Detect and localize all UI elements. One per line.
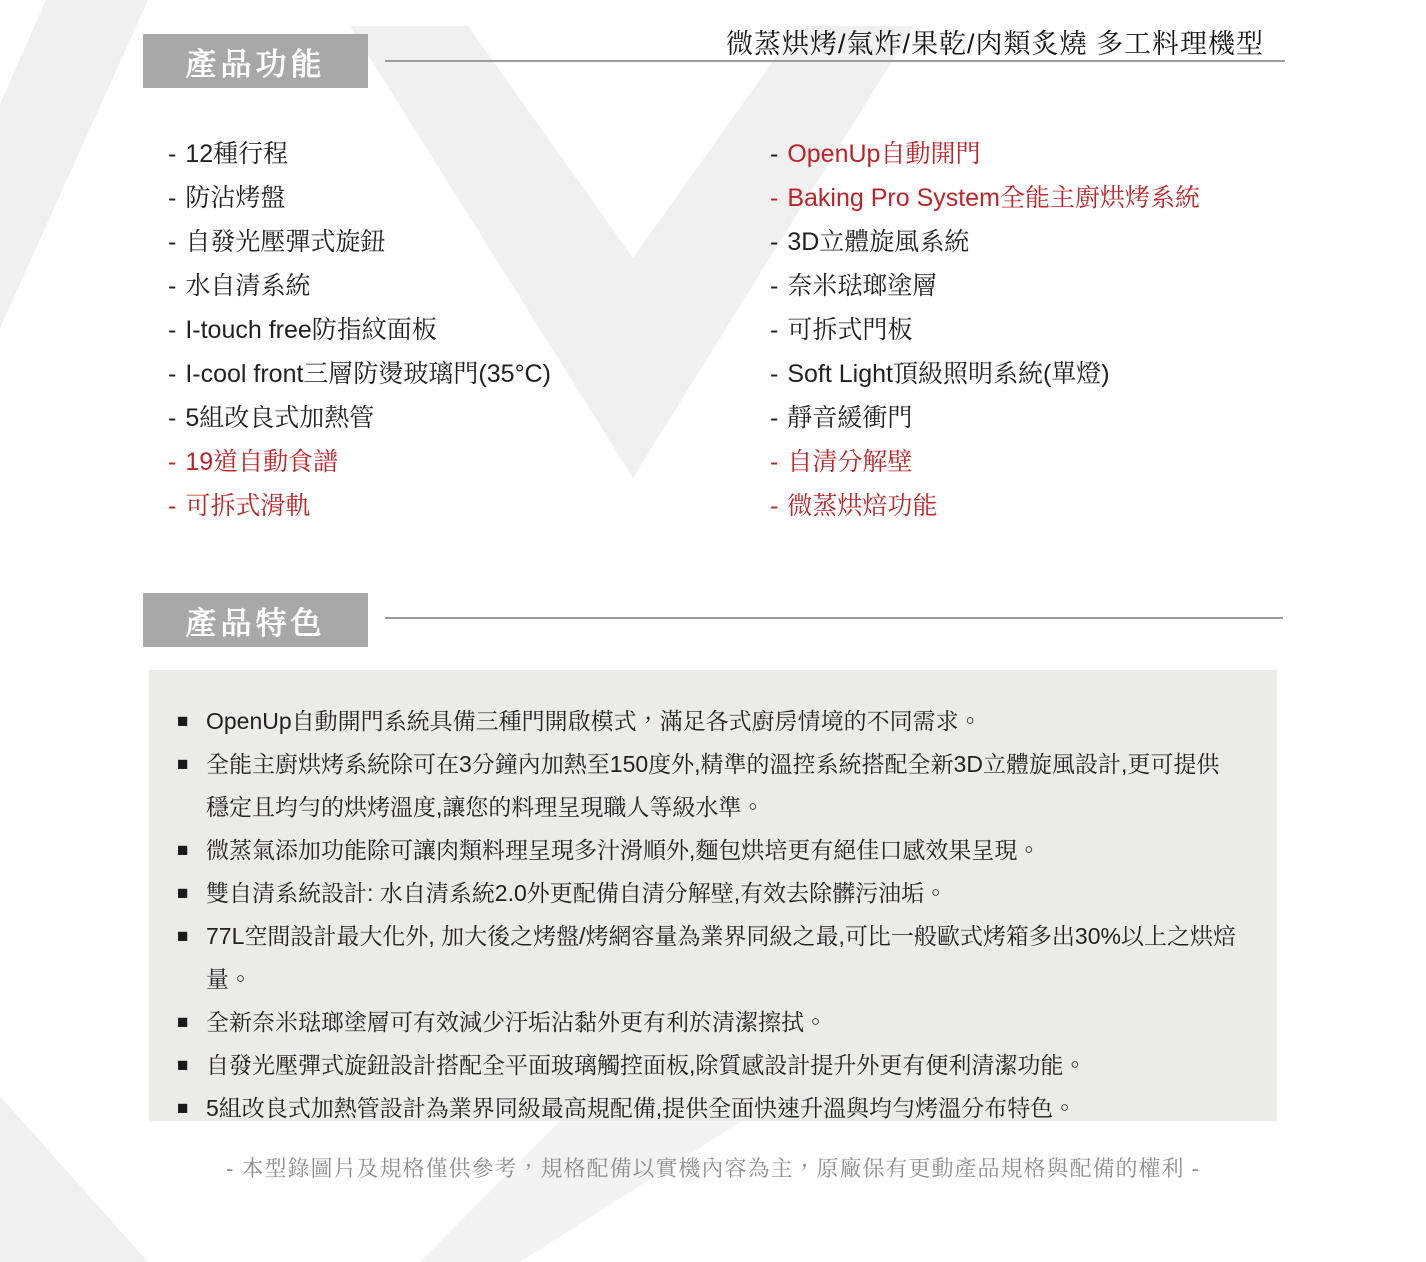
function-item: -5組改良式加熱管 xyxy=(168,396,551,440)
feature-list: ■OpenUp自動開門系統具備三種門開啟模式，滿足各式廚房情境的不同需求。 ■全… xyxy=(177,700,1237,1130)
feature-text: 自發光壓彈式旋鈕設計搭配全平面玻璃觸控面板,除質感設計提升外更有便利清潔功能。 xyxy=(206,1052,1086,1078)
feature-item: ■77L空間設計最大化外, 加大後之烤盤/烤網容量為業界同級之最,可比一般歐式烤… xyxy=(177,915,1237,1001)
function-label: 水自清系統 xyxy=(185,272,310,300)
section-title-product-features: 產品特色 xyxy=(143,593,368,647)
dash-mark: - xyxy=(168,440,176,484)
function-item: -可拆式門板 xyxy=(770,308,1200,352)
dash-mark: - xyxy=(168,264,176,308)
disclaimer-note: - 本型錄圖片及規格僅供參考，規格配備以實機內容為主，原廠保有更動產品規格與配備… xyxy=(0,1152,1426,1183)
feature-item: ■全能主廚烘烤系統除可在3分鐘內加熱至150度外,精準的溫控系統搭配全新3D立體… xyxy=(177,743,1237,829)
function-item: -Soft Light頂級照明系統(單燈) xyxy=(770,352,1200,396)
function-label: Soft Light頂級照明系統(單燈) xyxy=(787,360,1109,388)
dash-mark: - xyxy=(770,264,778,308)
feature-item: ■微蒸氣添加功能除可讓肉類料理呈現多汁滑順外,麵包烘培更有絕佳口感效果呈現。 xyxy=(177,829,1237,872)
feature-text: 5組改良式加熱管設計為業界同級最高規配備,提供全面快速升溫與均勻烤溫分布特色。 xyxy=(206,1095,1076,1121)
content-layer: 微蒸烘烤/氣炸/果乾/肉類炙燒 多工料理機型 產品功能 -12種行程 -防沾烤盤… xyxy=(0,0,1426,1262)
function-item: -靜音緩衝門 xyxy=(770,396,1200,440)
function-label: 可拆式滑軌 xyxy=(185,492,310,520)
function-label: 可拆式門板 xyxy=(787,316,912,344)
feature-text: 全能主廚烘烤系統除可在3分鐘內加熱至150度外,精準的溫控系統搭配全新3D立體旋… xyxy=(206,751,1219,820)
square-bullet-icon: ■ xyxy=(177,700,188,743)
function-item: -水自清系統 xyxy=(168,264,551,308)
model-type-tagline: 微蒸烘烤/氣炸/果乾/肉類炙燒 多工料理機型 xyxy=(726,22,1264,61)
dash-mark: - xyxy=(168,396,176,440)
dash-mark: - xyxy=(168,132,176,176)
dash-mark: - xyxy=(770,440,778,484)
function-item: -自發光壓彈式旋鈕 xyxy=(168,220,551,264)
dash-mark: - xyxy=(770,308,778,352)
feature-item: ■雙自清系統設計: 水自清系統2.0外更配備自清分解壁,有效去除髒污油垢。 xyxy=(177,872,1237,915)
dash-mark: - xyxy=(770,176,778,220)
function-label: 3D立體旋風系統 xyxy=(787,228,969,256)
function-label: I-touch free防指紋面板 xyxy=(185,316,436,344)
function-label: OpenUp自動開門 xyxy=(787,140,980,168)
feature-text: 全新奈米琺瑯塗層可有效減少汙垢沾黏外更有利於清潔擦拭。 xyxy=(206,1009,827,1035)
function-label: 防沾烤盤 xyxy=(185,184,285,212)
dash-mark: - xyxy=(770,220,778,264)
dash-mark: - xyxy=(168,308,176,352)
function-label: 奈米琺瑯塗層 xyxy=(787,272,937,300)
function-label: 自發光壓彈式旋鈕 xyxy=(185,228,385,256)
section-title-product-functions: 產品功能 xyxy=(143,34,368,88)
square-bullet-icon: ■ xyxy=(177,743,188,786)
features-divider-line xyxy=(385,617,1283,619)
square-bullet-icon: ■ xyxy=(177,829,188,872)
square-bullet-icon: ■ xyxy=(177,1087,188,1130)
function-label: 19道自動食譜 xyxy=(185,448,338,476)
feature-text: OpenUp自動開門系統具備三種門開啟模式，滿足各式廚房情境的不同需求。 xyxy=(206,708,982,734)
dash-mark: - xyxy=(770,484,778,528)
dash-mark: - xyxy=(168,176,176,220)
function-label: 微蒸烘焙功能 xyxy=(787,492,937,520)
dash-mark: - xyxy=(168,484,176,528)
header-divider-line xyxy=(385,60,1285,62)
function-label: Baking Pro System全能主廚烘烤系統 xyxy=(787,184,1200,212)
function-item: -自清分解壁 xyxy=(770,440,1200,484)
function-list-right: -OpenUp自動開門 -Baking Pro System全能主廚烘烤系統 -… xyxy=(770,132,1200,528)
function-item: -12種行程 xyxy=(168,132,551,176)
function-label: I-cool front三層防燙玻璃門(35°C) xyxy=(185,360,551,388)
square-bullet-icon: ■ xyxy=(177,1044,188,1087)
feature-text: 雙自清系統設計: 水自清系統2.0外更配備自清分解壁,有效去除髒污油垢。 xyxy=(206,880,947,906)
dash-mark: - xyxy=(770,352,778,396)
feature-text: 77L空間設計最大化外, 加大後之烤盤/烤網容量為業界同級之最,可比一般歐式烤箱… xyxy=(206,923,1236,992)
feature-item: ■自發光壓彈式旋鈕設計搭配全平面玻璃觸控面板,除質感設計提升外更有便利清潔功能。 xyxy=(177,1044,1237,1087)
square-bullet-icon: ■ xyxy=(177,915,188,958)
dash-mark: - xyxy=(770,132,778,176)
function-item: -I-cool front三層防燙玻璃門(35°C) xyxy=(168,352,551,396)
function-label: 靜音緩衝門 xyxy=(787,404,912,432)
function-item: -奈米琺瑯塗層 xyxy=(770,264,1200,308)
dash-mark: - xyxy=(168,352,176,396)
function-item: -3D立體旋風系統 xyxy=(770,220,1200,264)
function-list-left: -12種行程 -防沾烤盤 -自發光壓彈式旋鈕 -水自清系統 -I-touch f… xyxy=(168,132,551,528)
square-bullet-icon: ■ xyxy=(177,1001,188,1044)
function-item: -Baking Pro System全能主廚烘烤系統 xyxy=(770,176,1200,220)
function-label: 自清分解壁 xyxy=(787,448,912,476)
features-highlight-box: ■OpenUp自動開門系統具備三種門開啟模式，滿足各式廚房情境的不同需求。 ■全… xyxy=(149,670,1277,1121)
feature-item: ■5組改良式加熱管設計為業界同級最高規配備,提供全面快速升溫與均勻烤溫分布特色。 xyxy=(177,1087,1237,1130)
feature-text: 微蒸氣添加功能除可讓肉類料理呈現多汁滑順外,麵包烘培更有絕佳口感效果呈現。 xyxy=(206,837,1040,863)
dash-mark: - xyxy=(168,220,176,264)
function-item: -I-touch free防指紋面板 xyxy=(168,308,551,352)
function-item: -OpenUp自動開門 xyxy=(770,132,1200,176)
feature-item: ■OpenUp自動開門系統具備三種門開啟模式，滿足各式廚房情境的不同需求。 xyxy=(177,700,1237,743)
function-label: 5組改良式加熱管 xyxy=(185,404,374,432)
square-bullet-icon: ■ xyxy=(177,872,188,915)
function-label: 12種行程 xyxy=(185,140,288,168)
catalog-page: 微蒸烘烤/氣炸/果乾/肉類炙燒 多工料理機型 產品功能 -12種行程 -防沾烤盤… xyxy=(0,0,1426,1262)
function-item: -防沾烤盤 xyxy=(168,176,551,220)
function-item: -微蒸烘焙功能 xyxy=(770,484,1200,528)
dash-mark: - xyxy=(770,396,778,440)
function-item: -19道自動食譜 xyxy=(168,440,551,484)
feature-item: ■全新奈米琺瑯塗層可有效減少汙垢沾黏外更有利於清潔擦拭。 xyxy=(177,1001,1237,1044)
function-item: -可拆式滑軌 xyxy=(168,484,551,528)
